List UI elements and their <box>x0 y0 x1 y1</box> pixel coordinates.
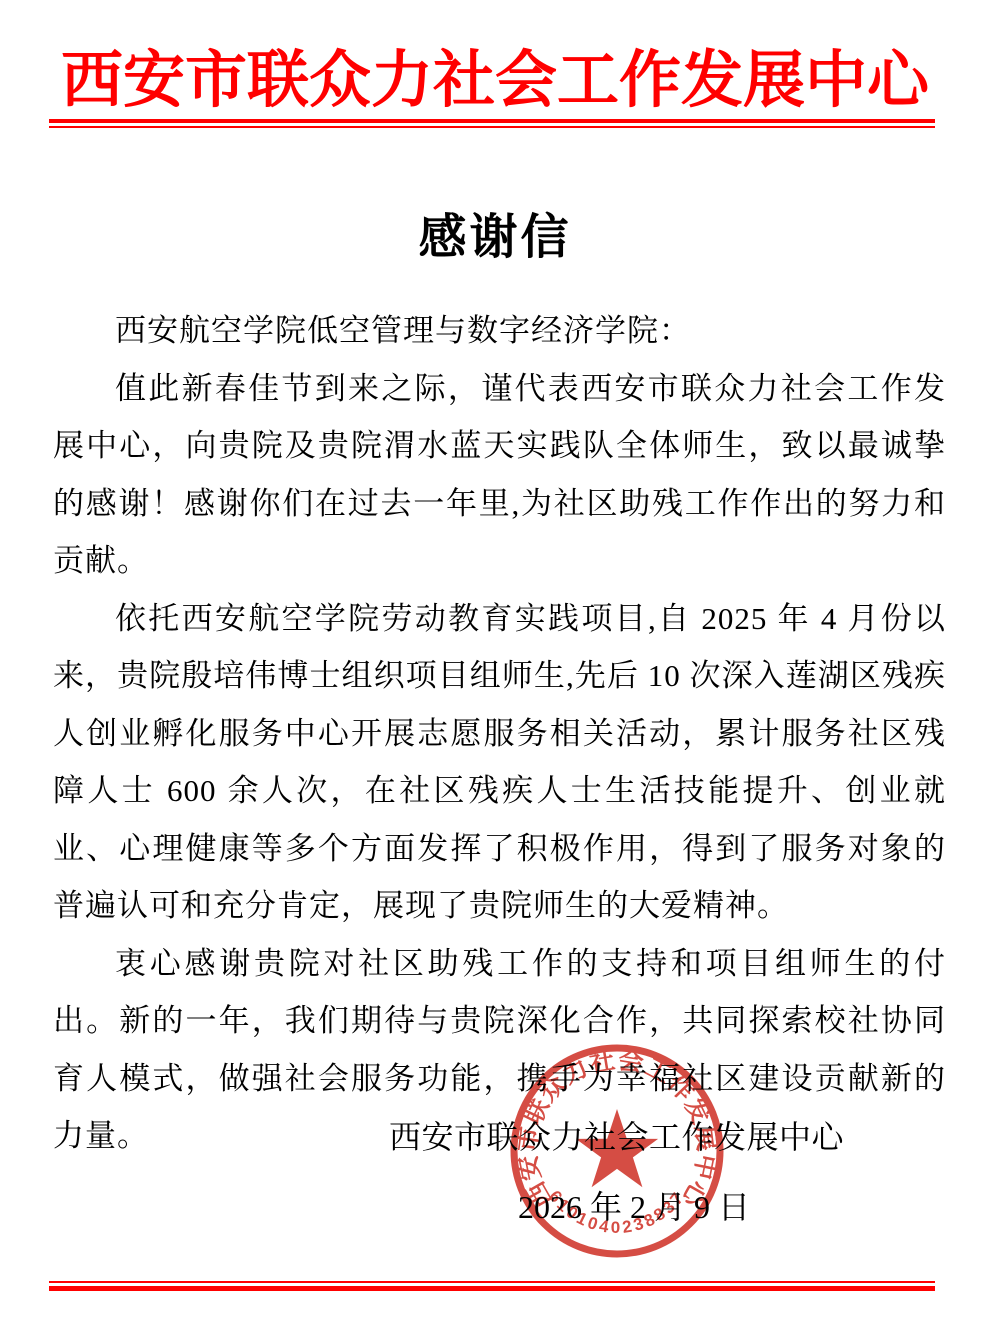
header-rule-thin <box>49 126 935 128</box>
letter-title: 感谢信 <box>0 198 990 267</box>
footer-rule-thin <box>49 1281 935 1283</box>
signature-org-name: 西安市联众力社会工作发展中心 <box>389 1112 844 1158</box>
letter-body: 西安航空学院低空管理与数字经济学院： 值此新春佳节到来之际，谨代表西安市联众力社… <box>53 302 946 1165</box>
header-rule-thick <box>49 119 935 123</box>
paragraph-2: 依托西安航空学院劳动教育实践项目,自 2025 年 4 月份以来，贵院殷培伟博士… <box>53 590 946 935</box>
salutation: 西安航空学院低空管理与数字经济学院： <box>53 302 946 360</box>
signature-date: 2026 年 2 月 9 日 <box>518 1182 750 1228</box>
paragraph-1: 值此新春佳节到来之际，谨代表西安市联众力社会工作发展中心，向贵院及贵院渭水蓝天实… <box>53 360 946 590</box>
letterhead-org-name: 西安市联众力社会工作发展中心 <box>0 30 990 119</box>
letter-page: 西安市联众力社会工作发展中心 感谢信 西安航空学院低空管理与数字经济学院： 值此… <box>0 0 990 1324</box>
footer-rule-thick <box>49 1286 935 1291</box>
